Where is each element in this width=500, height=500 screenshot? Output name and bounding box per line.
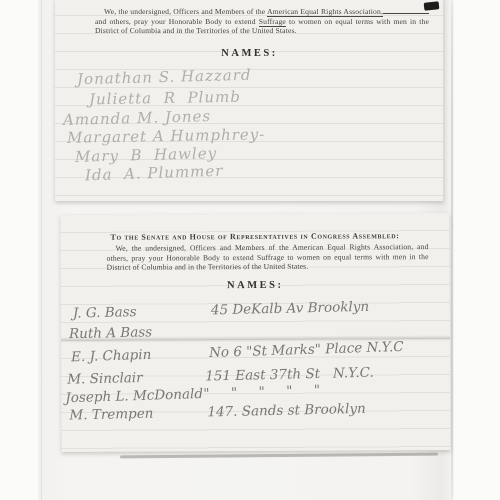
signature-name: E. J. Chapin: [71, 345, 209, 365]
signature-address: No 6 "St Marks" Place N.Y.C: [209, 339, 404, 361]
signature-row: M. Sinclair151 East 37th St N.Y.C.: [67, 365, 374, 388]
signature-address: 45 DeKalb Av Brooklyn: [211, 299, 370, 319]
signature-row: Margaret A Humphrey-: [67, 125, 266, 146]
signature-name: J. G. Bass: [73, 302, 211, 321]
signature-name: Margaret A Humphrey-: [67, 125, 266, 146]
signature-row: E. J. ChapinNo 6 "St Marks" Place N.Y.C: [71, 339, 404, 365]
signature-name: M. Trempen: [69, 404, 207, 423]
top-sheet-right-edge: [443, 0, 444, 201]
blank-line: [383, 6, 429, 14]
signature-address: " " " " ": [203, 382, 320, 402]
ink-mark: [424, 1, 440, 11]
signature-address: 151 East 37th St N.Y.C.: [205, 365, 374, 385]
backing-right-edge: [451, 0, 453, 500]
petition-body-text: We, the undersigned, Officers and Member…: [95, 6, 429, 36]
signature-row: J. G. Bass45 DeKalb Av Brooklyn: [73, 299, 370, 322]
scanned-petition-page: To the Senate and House of Representativ…: [0, 0, 500, 500]
petition-sheet-top: To the Senate and House of Representativ…: [55, 0, 444, 201]
signature-name: Jonathan S. Hazzard: [77, 66, 252, 89]
association-name: American Equal Rights Association,: [267, 7, 383, 17]
salutation-line: To the Senate and House of Representativ…: [60, 231, 449, 242]
suffrage-word: Suffrage: [257, 252, 284, 261]
signature-address: 147. Sands st Brooklyn: [207, 401, 366, 421]
signature-name: Ida A. Plummer: [85, 162, 224, 185]
signature-name: M. Sinclair: [67, 369, 205, 388]
salutation-line: To the Senate and House of Representativ…: [55, 0, 444, 1]
signature-row: Julietta R Plumb: [89, 88, 241, 109]
petition-body-text: We, the undersigned, Officers and Member…: [107, 242, 429, 272]
backing-left-edge: [41, 0, 42, 500]
suffrage-word: Suffrage: [259, 17, 286, 27]
signature-name: Julietta R Plumb: [89, 88, 241, 109]
names-heading: NAMES:: [55, 48, 444, 59]
signature-name: Joseph L. McDonald: [65, 386, 203, 406]
names-heading: NAMES:: [61, 279, 450, 292]
association-name: American Equal Rights Association,: [292, 242, 413, 252]
body-mid: and others, pray your Honorable Body to …: [95, 17, 259, 26]
signature-row: Ida A. Plummer: [85, 162, 224, 185]
body-lead: We, the undersigned, Officers and Member…: [116, 243, 293, 253]
petition-sheet-bottom: To the Senate and House of Representativ…: [60, 213, 450, 452]
signature-row: Jonathan S. Hazzard: [77, 66, 252, 89]
body-lead: We, the undersigned, Officers and Member…: [104, 7, 267, 16]
